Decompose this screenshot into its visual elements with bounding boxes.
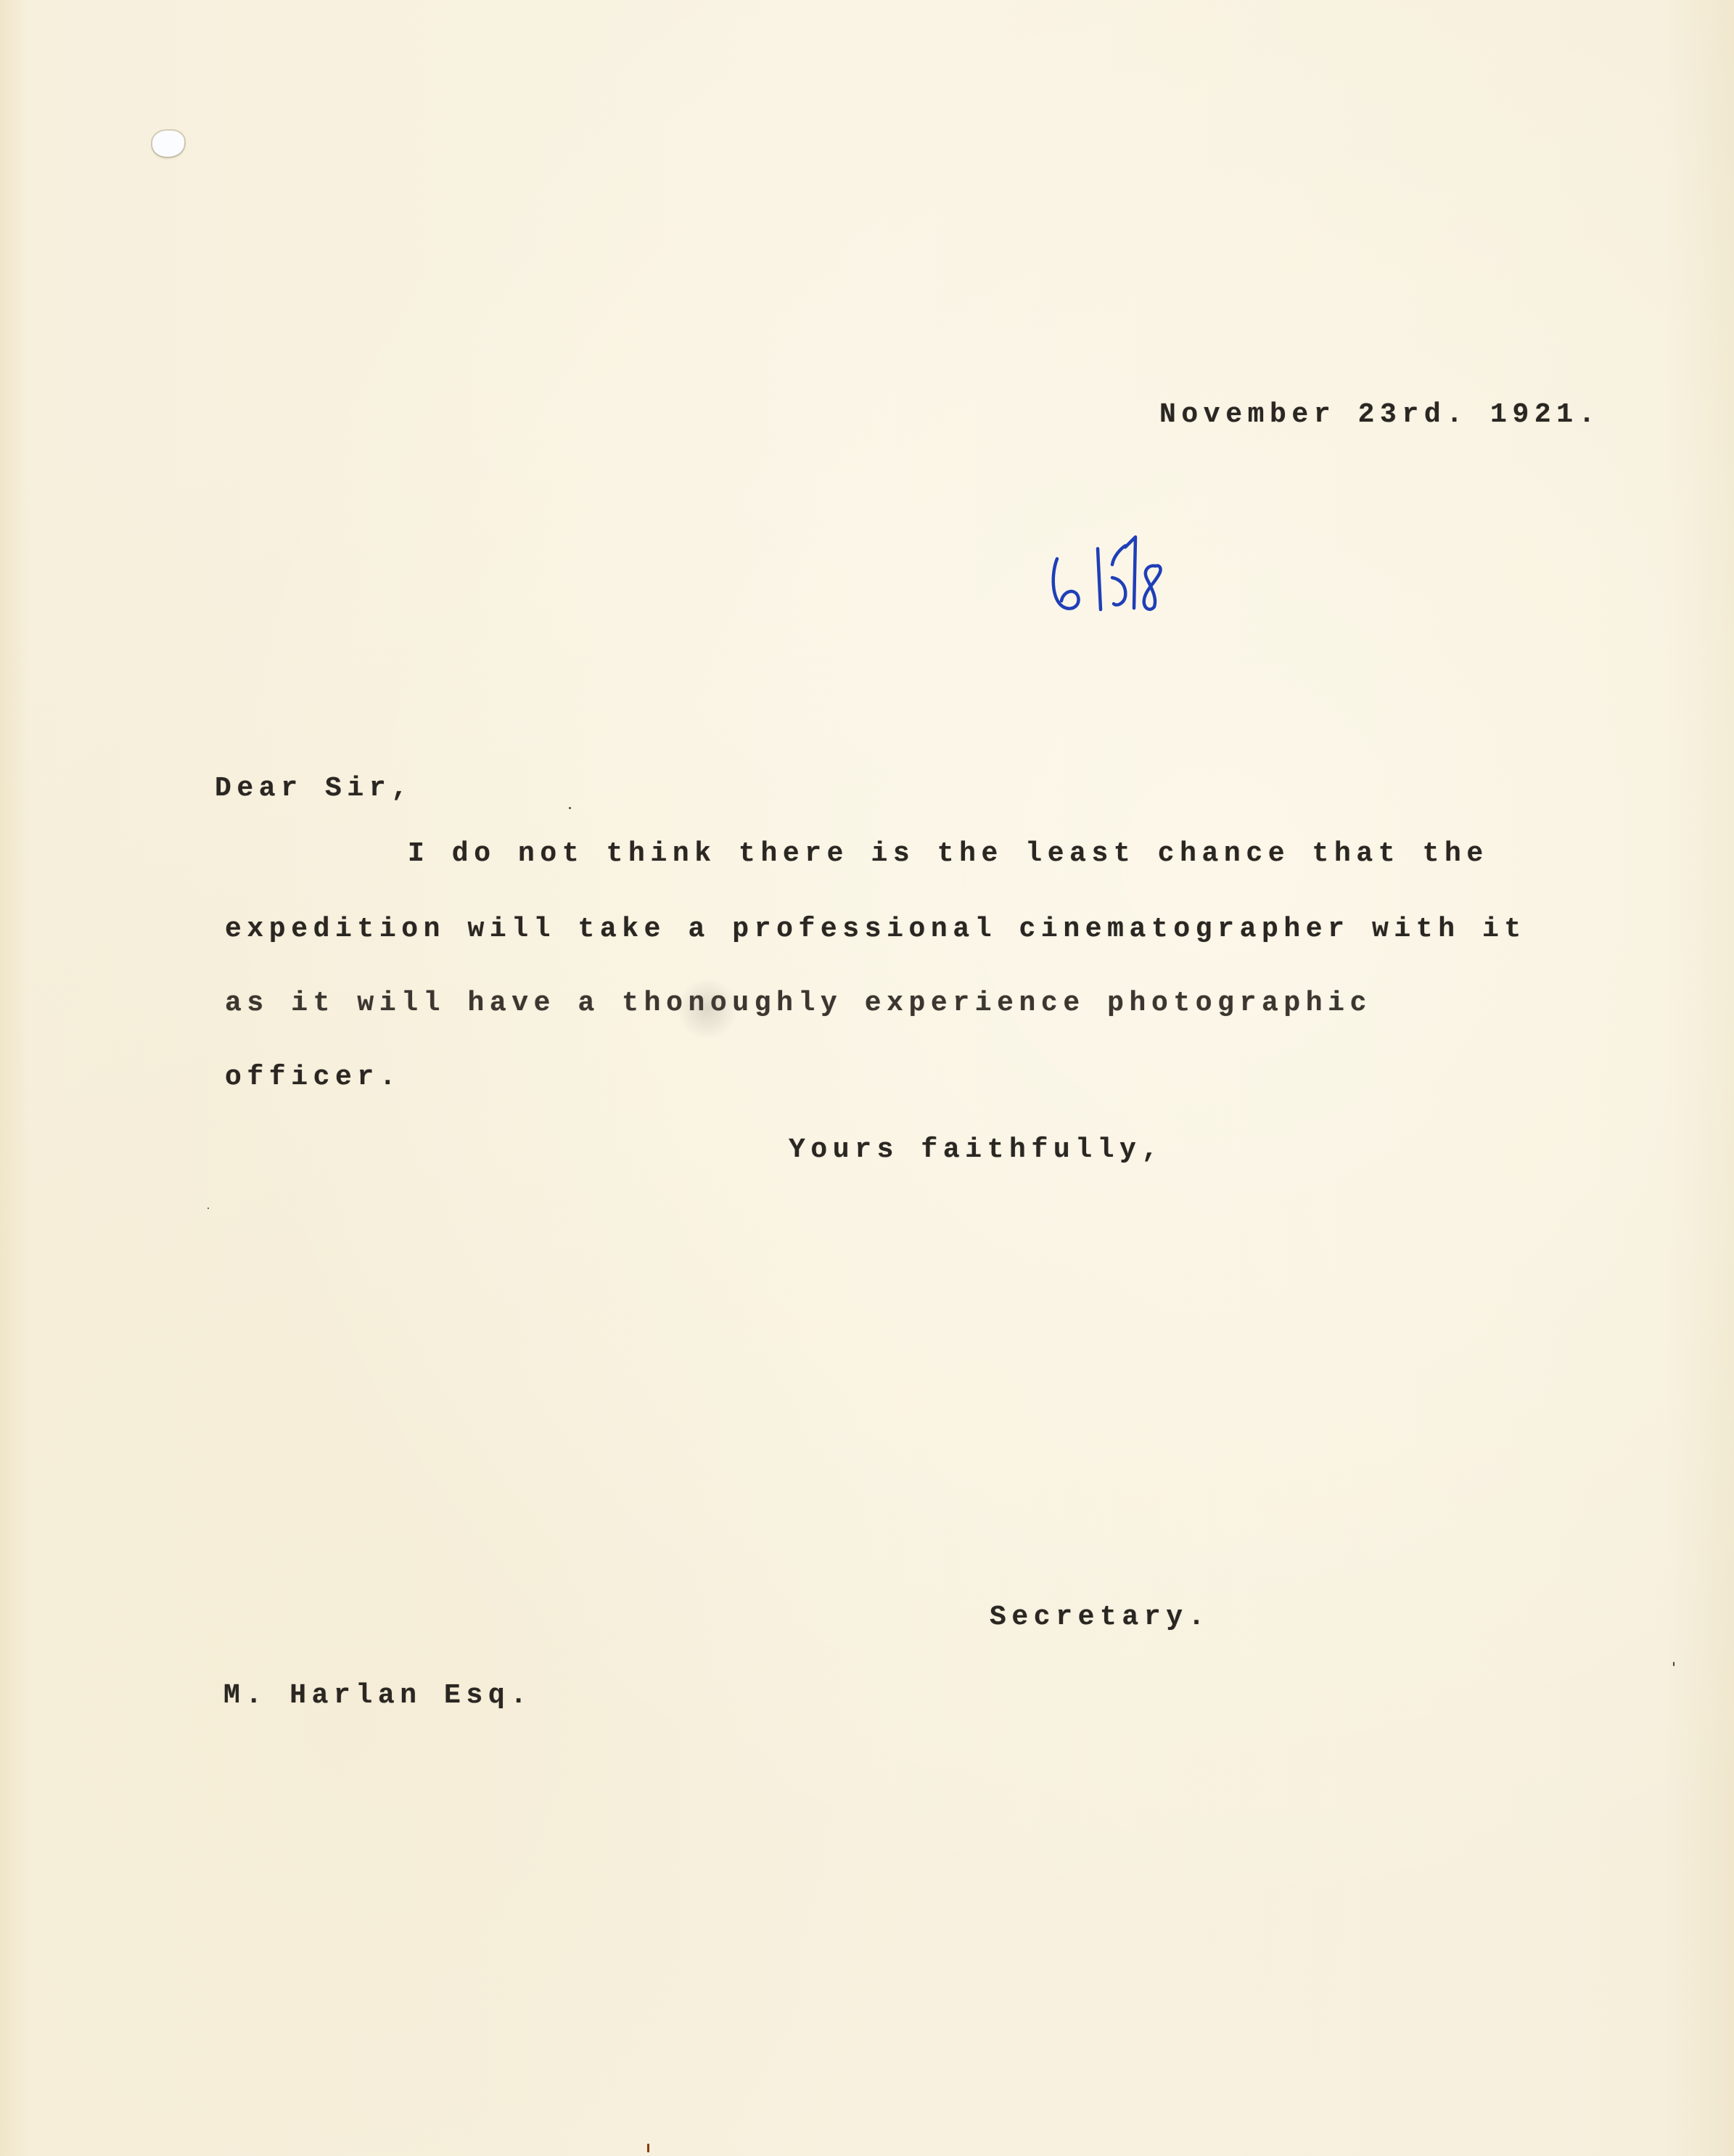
punch-hole xyxy=(152,131,184,157)
closing: Yours faithfully, xyxy=(789,1136,1164,1164)
paper-speck xyxy=(207,1208,209,1209)
body-line-4: officer. xyxy=(225,1064,401,1091)
ink-speck xyxy=(569,807,571,809)
paper-speck xyxy=(1673,1662,1675,1666)
body-line-3: as it will have a thonoughly experience … xyxy=(225,990,1372,1017)
body-line-1: I do not think there is the least chance… xyxy=(408,840,1489,868)
paper-speck xyxy=(647,2144,649,2152)
handwritten-annotation-icon xyxy=(1041,528,1179,623)
salutation: Dear Sir, xyxy=(215,775,414,803)
signature-title: Secretary. xyxy=(990,1604,1210,1631)
letter-page: November 23rd. 1921. 6|5|8 Dear Sir, I d… xyxy=(0,0,1734,2156)
letter-date: November 23rd. 1921. xyxy=(1159,401,1601,429)
ink-smudge xyxy=(675,980,740,1038)
handwritten-reference-number xyxy=(1041,528,1179,623)
recipient: M. Harlan Esq. xyxy=(223,1682,533,1710)
body-line-2: expedition will take a professional cine… xyxy=(225,916,1527,943)
